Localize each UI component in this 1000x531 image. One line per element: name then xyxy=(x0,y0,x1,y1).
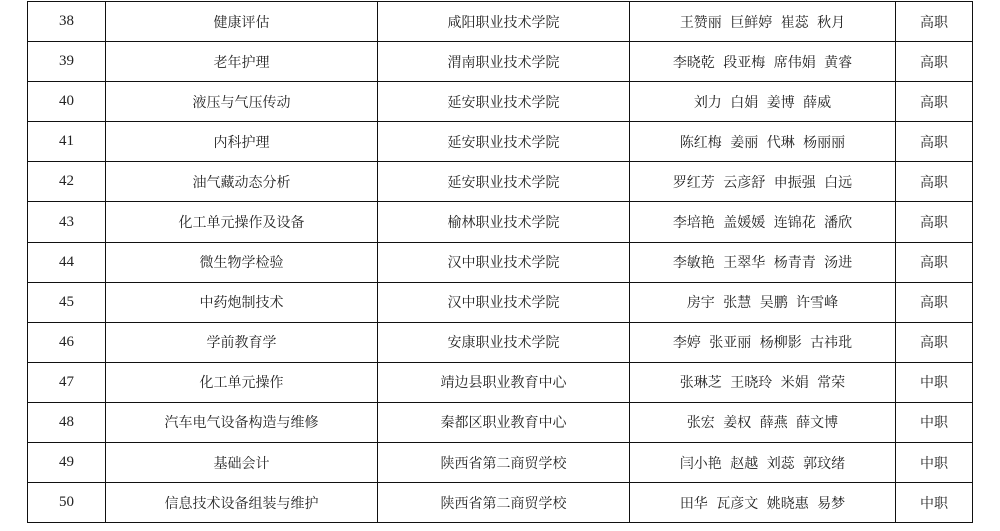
row-number-cell: 43 xyxy=(28,202,106,242)
school-name-cell: 陕西省第二商贸学校 xyxy=(378,483,630,523)
team-members-cell: 李敏艳 王翠华 杨青青 汤进 xyxy=(630,242,896,282)
school-name-cell: 汉中职业技术学院 xyxy=(378,242,630,282)
row-number-cell: 46 xyxy=(28,322,106,362)
team-members-cell: 李培艳 盖媛媛 连锦花 潘欣 xyxy=(630,202,896,242)
level-cell: 高职 xyxy=(896,322,973,362)
row-number-cell: 40 xyxy=(28,82,106,122)
school-name-cell: 秦都区职业教育中心 xyxy=(378,402,630,442)
table-row: 50 信息技术设备组装与维护 陕西省第二商贸学校 田华 瓦彦文 姚晓惠 易梦 中… xyxy=(28,483,973,523)
team-members-cell: 张宏 姜权 薛燕 薛文博 xyxy=(630,402,896,442)
level-cell: 高职 xyxy=(896,122,973,162)
table-row: 49 基础会计 陕西省第二商贸学校 闫小艳 赵越 刘蕊 郭玟绪 中职 xyxy=(28,443,973,483)
team-members-cell: 李晓乾 段亚梅 席伟娟 黄睿 xyxy=(630,42,896,82)
row-number-cell: 42 xyxy=(28,162,106,202)
course-name-cell: 液压与气压传动 xyxy=(106,82,378,122)
course-name-cell: 中药炮制技术 xyxy=(106,282,378,322)
table-row: 38 健康评估 咸阳职业技术学院 王赞丽 巨鲜婷 崔蕊 秋月 高职 xyxy=(28,2,973,42)
school-name-cell: 汉中职业技术学院 xyxy=(378,282,630,322)
table-row: 47 化工单元操作 靖边县职业教育中心 张琳芝 王晓玲 米娟 常荣 中职 xyxy=(28,362,973,402)
row-number-cell: 41 xyxy=(28,122,106,162)
table-row: 44 微生物学检验 汉中职业技术学院 李敏艳 王翠华 杨青青 汤进 高职 xyxy=(28,242,973,282)
team-members-cell: 田华 瓦彦文 姚晓惠 易梦 xyxy=(630,483,896,523)
course-name-cell: 基础会计 xyxy=(106,443,378,483)
level-cell: 高职 xyxy=(896,242,973,282)
table-row: 39 老年护理 渭南职业技术学院 李晓乾 段亚梅 席伟娟 黄睿 高职 xyxy=(28,42,973,82)
course-name-cell: 健康评估 xyxy=(106,2,378,42)
level-cell: 高职 xyxy=(896,82,973,122)
row-number-cell: 44 xyxy=(28,242,106,282)
team-members-cell: 王赞丽 巨鲜婷 崔蕊 秋月 xyxy=(630,2,896,42)
table-row: 48 汽车电气设备构造与维修 秦都区职业教育中心 张宏 姜权 薛燕 薛文博 中职 xyxy=(28,402,973,442)
course-name-cell: 化工单元操作 xyxy=(106,362,378,402)
row-number-cell: 45 xyxy=(28,282,106,322)
team-members-cell: 张琳芝 王晓玲 米娟 常荣 xyxy=(630,362,896,402)
course-name-cell: 内科护理 xyxy=(106,122,378,162)
team-members-cell: 罗红芳 云彦舒 申振强 白远 xyxy=(630,162,896,202)
team-members-cell: 刘力 白娟 姜博 薛威 xyxy=(630,82,896,122)
team-members-cell: 李婷 张亚丽 杨柳影 古祎玭 xyxy=(630,322,896,362)
course-name-cell: 信息技术设备组装与维护 xyxy=(106,483,378,523)
course-name-cell: 汽车电气设备构造与维修 xyxy=(106,402,378,442)
level-cell: 中职 xyxy=(896,402,973,442)
document-page: 38 健康评估 咸阳职业技术学院 王赞丽 巨鲜婷 崔蕊 秋月 高职 39 老年护… xyxy=(0,0,1000,531)
level-cell: 中职 xyxy=(896,362,973,402)
level-cell: 高职 xyxy=(896,2,973,42)
course-name-cell: 化工单元操作及设备 xyxy=(106,202,378,242)
level-cell: 高职 xyxy=(896,202,973,242)
school-name-cell: 延安职业技术学院 xyxy=(378,162,630,202)
team-members-cell: 房宇 张慧 吴鹏 许雪峰 xyxy=(630,282,896,322)
table-row: 46 学前教育学 安康职业技术学院 李婷 张亚丽 杨柳影 古祎玭 高职 xyxy=(28,322,973,362)
row-number-cell: 39 xyxy=(28,42,106,82)
school-name-cell: 榆林职业技术学院 xyxy=(378,202,630,242)
table-row: 40 液压与气压传动 延安职业技术学院 刘力 白娟 姜博 薛威 高职 xyxy=(28,82,973,122)
school-name-cell: 靖边县职业教育中心 xyxy=(378,362,630,402)
team-members-cell: 陈红梅 姜丽 代琳 杨丽丽 xyxy=(630,122,896,162)
school-name-cell: 渭南职业技术学院 xyxy=(378,42,630,82)
course-name-cell: 微生物学检验 xyxy=(106,242,378,282)
school-name-cell: 咸阳职业技术学院 xyxy=(378,2,630,42)
table-row: 42 油气藏动态分析 延安职业技术学院 罗红芳 云彦舒 申振强 白远 高职 xyxy=(28,162,973,202)
table-row: 41 内科护理 延安职业技术学院 陈红梅 姜丽 代琳 杨丽丽 高职 xyxy=(28,122,973,162)
school-name-cell: 延安职业技术学院 xyxy=(378,122,630,162)
level-cell: 中职 xyxy=(896,483,973,523)
row-number-cell: 47 xyxy=(28,362,106,402)
level-cell: 中职 xyxy=(896,443,973,483)
row-number-cell: 48 xyxy=(28,402,106,442)
course-name-cell: 老年护理 xyxy=(106,42,378,82)
table-row: 43 化工单元操作及设备 榆林职业技术学院 李培艳 盖媛媛 连锦花 潘欣 高职 xyxy=(28,202,973,242)
table-row: 45 中药炮制技术 汉中职业技术学院 房宇 张慧 吴鹏 许雪峰 高职 xyxy=(28,282,973,322)
row-number-cell: 50 xyxy=(28,483,106,523)
row-number-cell: 49 xyxy=(28,443,106,483)
row-number-cell: 38 xyxy=(28,2,106,42)
award-list-table: 38 健康评估 咸阳职业技术学院 王赞丽 巨鲜婷 崔蕊 秋月 高职 39 老年护… xyxy=(27,1,973,523)
school-name-cell: 陕西省第二商贸学校 xyxy=(378,443,630,483)
level-cell: 高职 xyxy=(896,42,973,82)
team-members-cell: 闫小艳 赵越 刘蕊 郭玟绪 xyxy=(630,443,896,483)
course-name-cell: 油气藏动态分析 xyxy=(106,162,378,202)
level-cell: 高职 xyxy=(896,282,973,322)
level-cell: 高职 xyxy=(896,162,973,202)
table-body: 38 健康评估 咸阳职业技术学院 王赞丽 巨鲜婷 崔蕊 秋月 高职 39 老年护… xyxy=(28,2,973,523)
course-name-cell: 学前教育学 xyxy=(106,322,378,362)
school-name-cell: 安康职业技术学院 xyxy=(378,322,630,362)
school-name-cell: 延安职业技术学院 xyxy=(378,82,630,122)
